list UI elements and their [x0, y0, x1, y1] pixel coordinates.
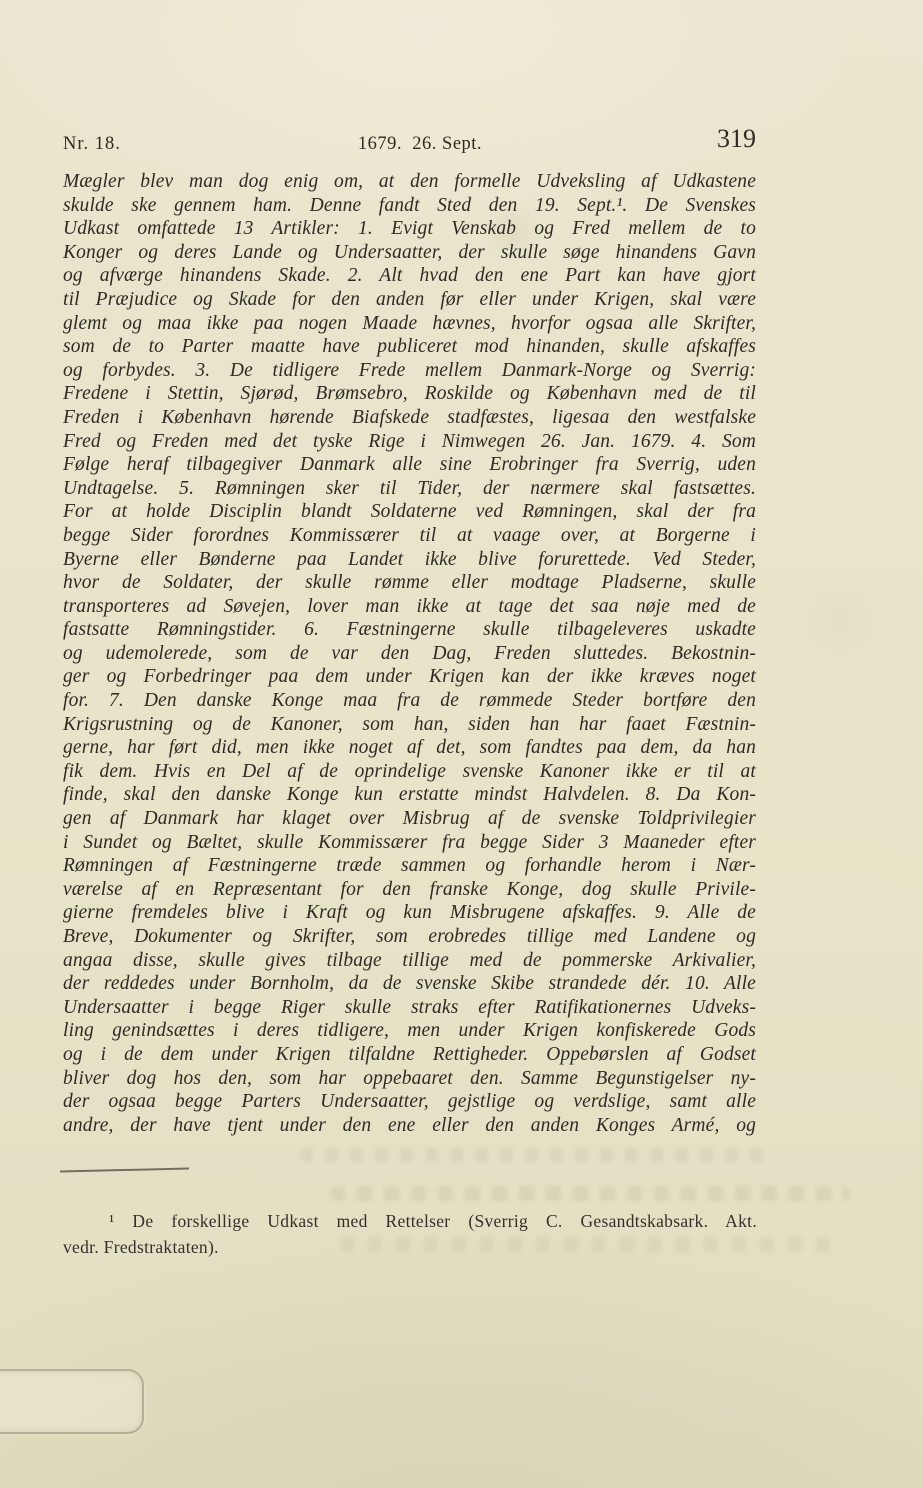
- body-line: bliver dog hos den, som har oppebaaret d…: [63, 1067, 756, 1091]
- footnote-line: vedr. Fredstraktaten).: [63, 1235, 757, 1261]
- body-line: for. 7. Den danske Konge maa fra de rømm…: [63, 689, 756, 713]
- body-line: og udemolerede, som de var den Dag, Fred…: [63, 642, 756, 666]
- body-line: og forbydes. 3. De tidligere Frede melle…: [63, 359, 756, 383]
- body-line: angaa disse, skulle gives tilbage tillig…: [63, 949, 756, 973]
- body-line: Mægler blev man dog enig om, at den form…: [63, 170, 756, 194]
- body-line: Rømningen af Fæstningerne træde sammen o…: [63, 854, 756, 878]
- body-line: og i de dem under Krigen tilfaldne Retti…: [63, 1043, 756, 1067]
- body-line: fastsatte Rømningstider. 6. Fæstningerne…: [63, 618, 756, 642]
- page-number: 319: [0, 124, 756, 154]
- footnote-separator-rule: [60, 1168, 189, 1173]
- body-line: værelse af en Repræsentant for den frans…: [63, 878, 756, 902]
- body-line: ger og Forbedringer paa dem under Krigen…: [63, 665, 756, 689]
- body-line: ling genindsættes i deres tidligere, men…: [63, 1019, 756, 1043]
- body-line: fik dem. Hvis en Del af de oprindelige s…: [63, 760, 756, 784]
- body-line: gen af Danmark har klaget over Misbrug a…: [63, 807, 756, 831]
- body-line: Undtagelse. 5. Rømningen sker til Tider,…: [63, 477, 756, 501]
- body-line: Fred og Freden med det tyske Rige i Nimw…: [63, 430, 756, 454]
- body-line: Undersaatter i begge Riger skulle straks…: [63, 996, 756, 1020]
- footnote: ¹ De forskellige Udkast med Rettelser (S…: [63, 1209, 757, 1260]
- body-line: begge Sider forordnes Kommissærer til at…: [63, 524, 756, 548]
- body-line: som de to Parter maatte have publiceret …: [63, 335, 756, 359]
- body-line: Freden i København hørende Biafskede sta…: [63, 406, 756, 430]
- body-line: finde, skal den danske Konge kun erstatt…: [63, 783, 756, 807]
- show-through-smudge: [330, 1186, 850, 1201]
- body-line: Krigsrustning og de Kanoner, som han, si…: [63, 713, 756, 737]
- body-line: Følge heraf tilbagegiver Danmark alle si…: [63, 453, 756, 477]
- body-line: i Sundet og Bæltet, skulle Kommissærer f…: [63, 831, 756, 855]
- footnote-line: ¹ De forskellige Udkast med Rettelser (S…: [63, 1209, 757, 1235]
- body-line: til Præjudice og Skade for den anden før…: [63, 288, 756, 312]
- body-line: andre, der have tjent under den ene elle…: [63, 1114, 756, 1138]
- body-line: skulde ske gennem ham. Denne fandt Sted …: [63, 194, 756, 218]
- card-pocket-outline: [0, 1369, 144, 1434]
- body-line: der reddedes under Bornholm, da de svens…: [63, 972, 756, 996]
- body-line: gierne fremdeles blive i Kraft og kun Mi…: [63, 901, 756, 925]
- body-line: Byerne eller Bønderne paa Landet ikke bl…: [63, 548, 756, 572]
- body-line: gerne, har ført did, men ikke noget af d…: [63, 736, 756, 760]
- body-line: og afværge hinandens Skade. 2. Alt hvad …: [63, 264, 756, 288]
- body-line: hvor de Soldater, der skulle rømme eller…: [63, 571, 756, 595]
- body-line: For at holde Disciplin blandt Soldaterne…: [63, 500, 756, 524]
- body-line: Udkast omfattede 13 Artikler: 1. Evigt V…: [63, 217, 756, 241]
- body-text: Mægler blev man dog enig om, at den form…: [63, 170, 756, 1137]
- body-line: Fredene i Stettin, Sjørød, Brømsebro, Ro…: [63, 382, 756, 406]
- body-line: transporteres ad Søvejen, lover man ikke…: [63, 595, 756, 619]
- book-page: Nr. 18. 1679. 26. Sept. 319 Mægler blev …: [0, 0, 923, 1488]
- show-through-smudge: [300, 1148, 770, 1162]
- body-line: glemt og maa ikke paa nogen Maade hævnes…: [63, 312, 756, 336]
- body-line: Breve, Dokumenter og Skrifter, som erobr…: [63, 925, 756, 949]
- body-line: der ogsaa begge Parters Undersaatter, ge…: [63, 1090, 756, 1114]
- body-line: Konger og deres Lande og Undersaatter, d…: [63, 241, 756, 265]
